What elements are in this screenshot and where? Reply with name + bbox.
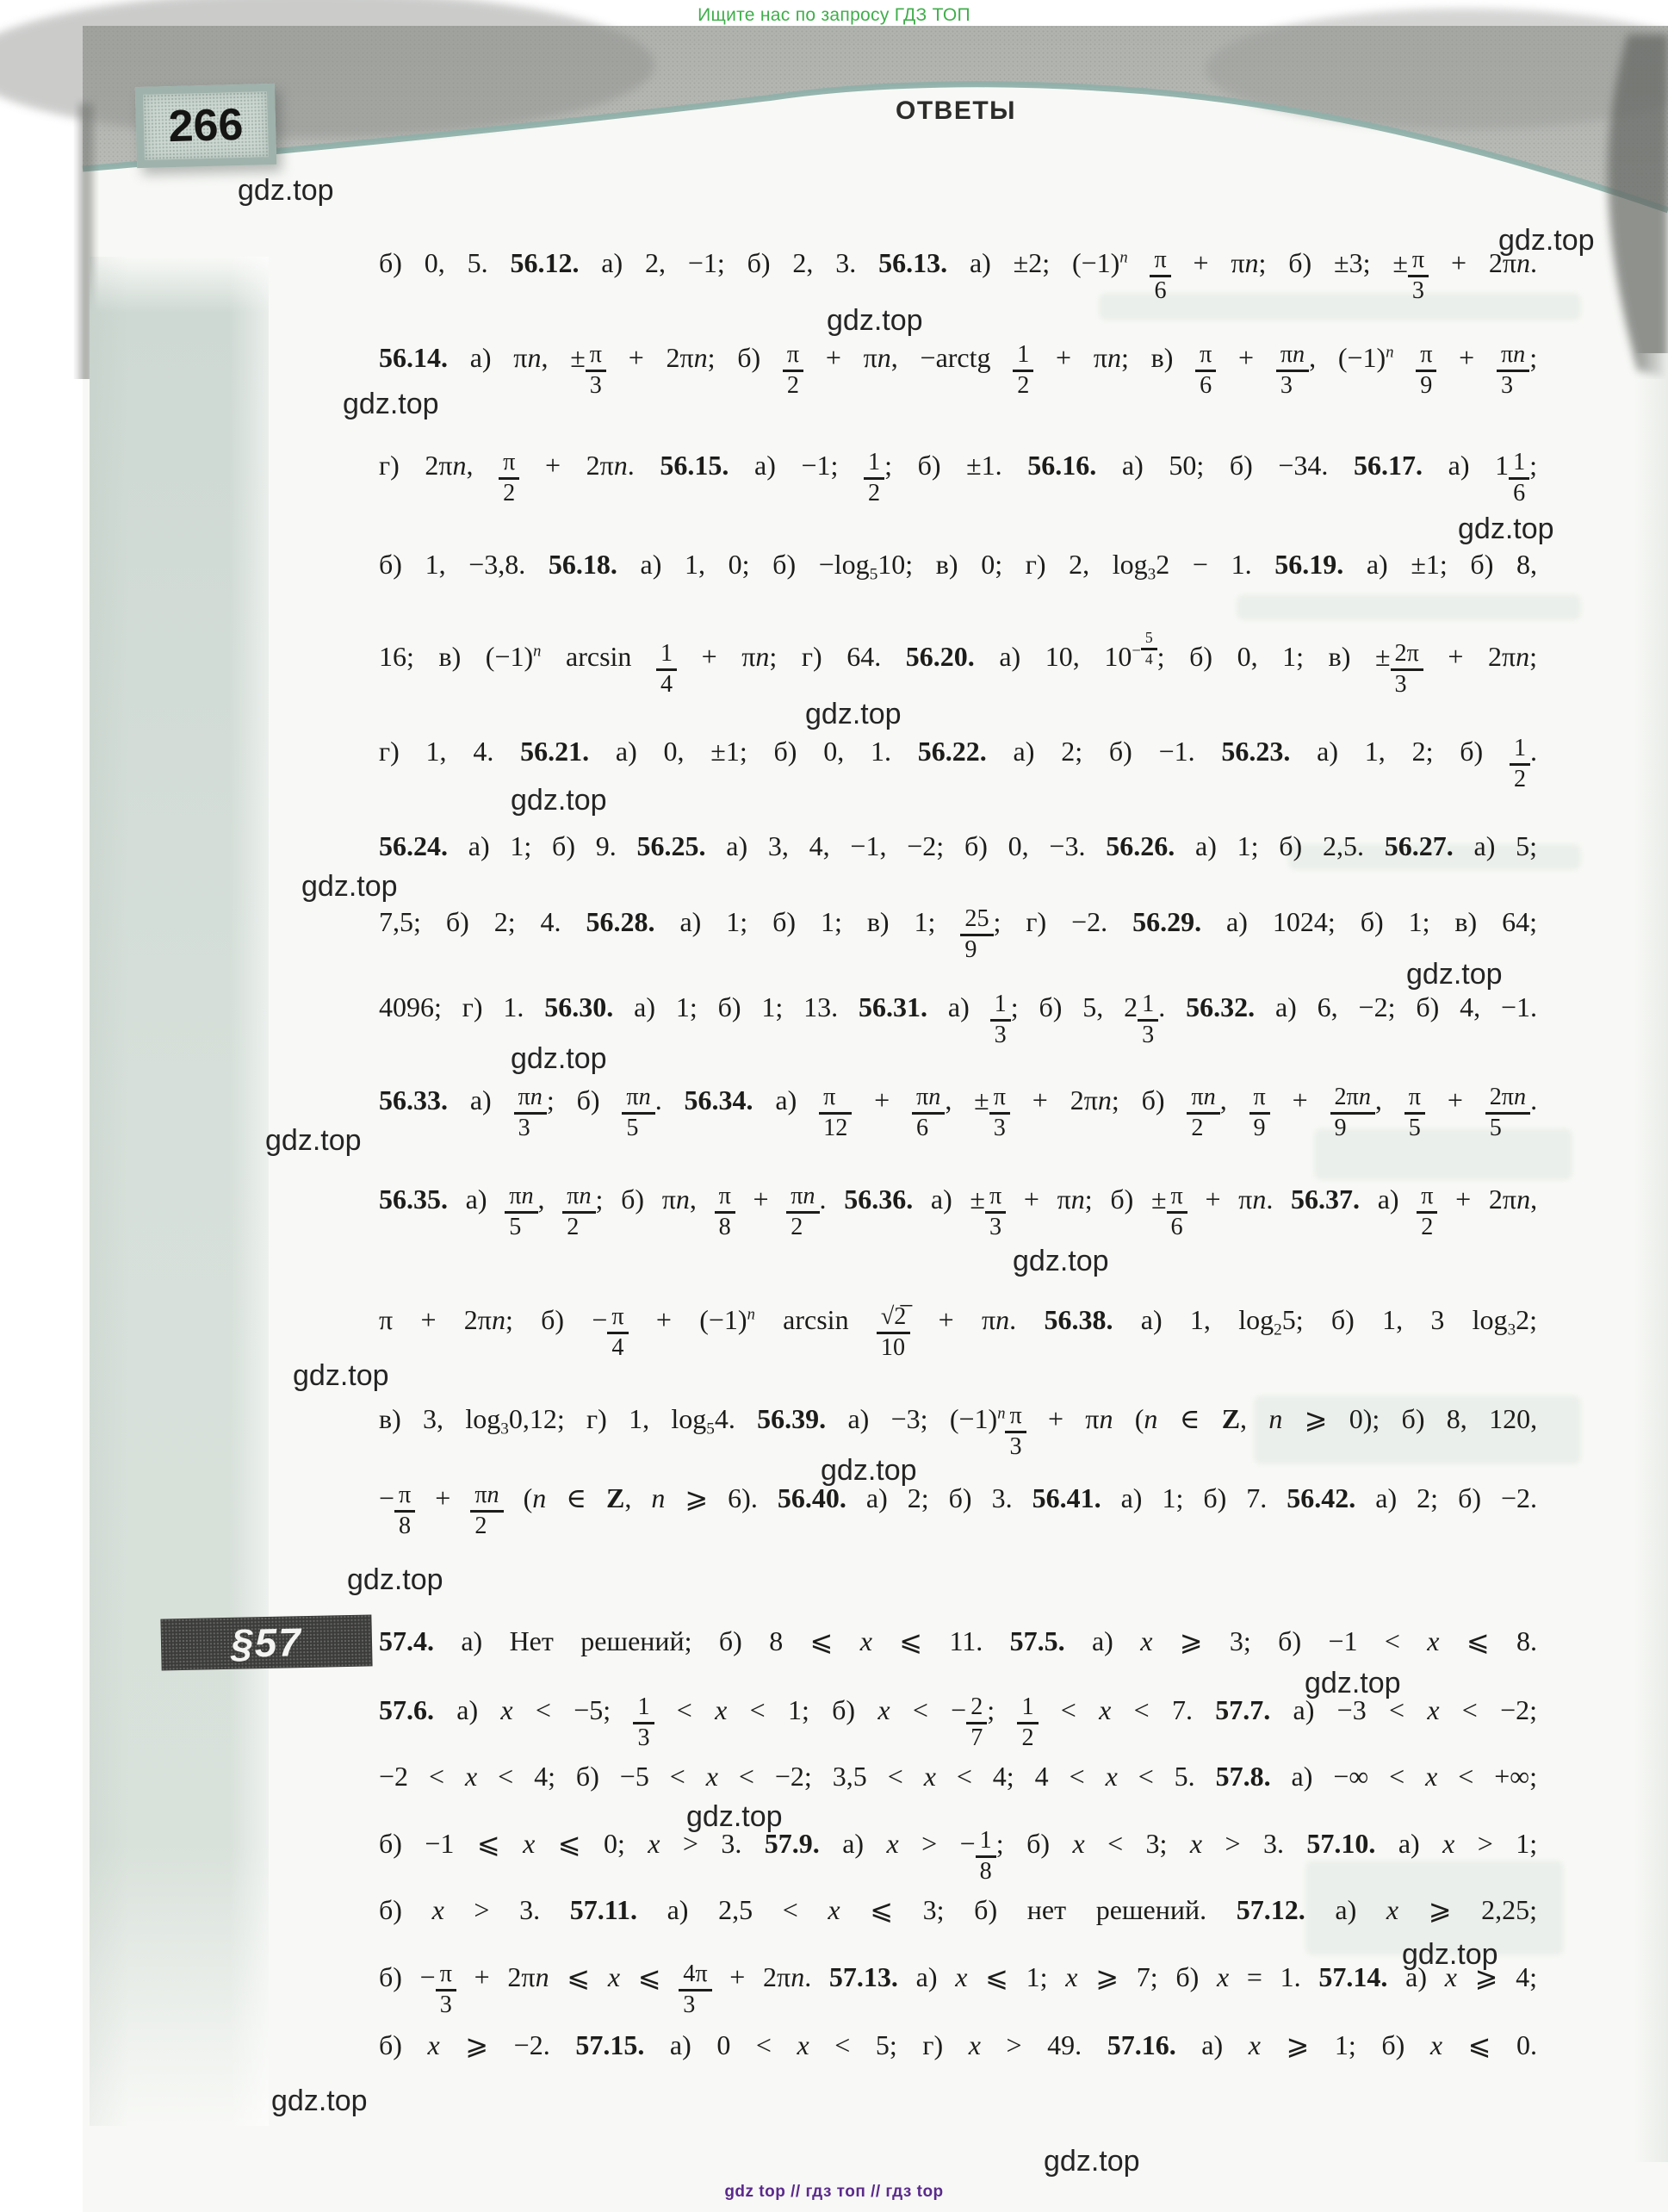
fraction: 13 <box>1138 992 1158 1047</box>
fraction: π2 <box>1417 1184 1437 1240</box>
gdz-watermark: gdz.top <box>1402 1938 1498 1972</box>
fraction: 2π3 <box>1391 642 1423 697</box>
fraction: 2πn5 <box>1485 1085 1530 1140</box>
answer-line: 7,5; б) 2; 4. 56.28. а) 1; б) 1; в) 1; 2… <box>379 904 1537 962</box>
answer-line: −2 < x < 4; б) −5 < x < −2; 3,5 < x < 4;… <box>379 1759 1537 1793</box>
fraction: π12 <box>819 1085 852 1140</box>
answer-line: 57.6. а) x < −5; 13 < x < 1; б) x < −27;… <box>379 1693 1537 1750</box>
bleed-through-artifact <box>1237 594 1581 620</box>
gdz-watermark: gdz.top <box>265 1124 362 1158</box>
fraction: 2πn9 <box>1330 1085 1375 1140</box>
answer-line: 16; в) (−1)n arcsin 14 + πn; г) 64. 56.2… <box>379 631 1537 697</box>
footer-watermark: gdz top // гдз топ // гдз top <box>0 2183 1668 2202</box>
fraction: π6 <box>1150 248 1170 303</box>
answer-line: 56.24. а) 1; б) 9. 56.25. а) 3, 4, −1, −… <box>379 829 1537 863</box>
page-right-edge <box>1634 353 1668 2162</box>
book-photo: 266 ОТВЕТЫ §57 б) 0, 5. 56.12. а) 2, −1;… <box>83 26 1668 2212</box>
page-margin-shading <box>90 257 269 2126</box>
answer-line: б) −1 ⩽ x ⩽ 0; x > 3. 57.9. а) x > −18; … <box>379 1826 1537 1884</box>
fraction: π9 <box>1416 343 1436 398</box>
answer-line: −π8 + πn2 (n ∈ Z, n ⩾ 6). 56.40. а) 2; б… <box>379 1481 1537 1538</box>
fraction: π3 <box>989 1085 1010 1140</box>
answer-line: б) x ⩾ −2. 57.15. а) 0 < x < 5; г) x > 4… <box>379 2028 1537 2062</box>
page-title: ОТВЕТЫ <box>896 96 1016 126</box>
fraction: 4π3 <box>679 1962 711 2017</box>
answer-line: 56.33. а) πn3; б) πn5. 56.34. а) π12 + π… <box>379 1083 1537 1140</box>
fraction: π3 <box>436 1962 456 2017</box>
answer-line: 4096; г) 1. 56.30. а) 1; б) 1; 13. 56.31… <box>379 990 1537 1047</box>
fraction: π9 <box>1249 1085 1270 1140</box>
right-page-curl-shadow <box>1608 34 1668 377</box>
answer-line: 56.14. а) πn, ±π3 + 2πn; б) π2 + πn, −ar… <box>379 340 1537 398</box>
section-label-text: §57 <box>231 1619 303 1667</box>
gdz-watermark: gdz.top <box>827 304 923 338</box>
page-number-box: 266 <box>135 84 276 168</box>
answer-line: б) 0, 5. 56.12. а) 2, −1; б) 2, 3. 56.13… <box>379 245 1537 303</box>
answer-line: б) x > 3. 57.11. а) 2,5 < x ⩽ 3; б) нет … <box>379 1892 1537 1927</box>
gdz-watermark: gdz.top <box>511 784 607 817</box>
gdz-watermark: gdz.top <box>1044 2145 1140 2178</box>
gdz-watermark: gdz.top <box>511 1042 607 1076</box>
fraction: π8 <box>715 1184 735 1240</box>
fraction: 12 <box>864 450 884 506</box>
fraction: π5 <box>1404 1085 1425 1140</box>
fraction: 13 <box>990 992 1011 1047</box>
answer-line: π + 2πn; б) −π4 + (−1)n arcsin √2̅10 + π… <box>379 1302 1537 1360</box>
fraction: 259 <box>960 907 993 962</box>
fraction: πn5 <box>505 1184 537 1240</box>
gdz-watermark: gdz.top <box>1013 1245 1109 1278</box>
gdz-watermark: gdz.top <box>238 174 334 208</box>
gdz-watermark: gdz.top <box>271 2085 368 2118</box>
gdz-watermark: gdz.top <box>293 1359 389 1393</box>
answer-line: б) 1, −3,8. 56.18. а) 1, 0; б) −log510; … <box>379 547 1537 581</box>
fraction: πn2 <box>562 1184 595 1240</box>
fraction: 13 <box>633 1695 654 1750</box>
fraction: π6 <box>1195 343 1216 398</box>
fraction: 12 <box>1013 343 1033 398</box>
fraction: π2 <box>783 343 803 398</box>
gdz-watermark: gdz.top <box>301 870 398 904</box>
page-number: 266 <box>168 99 244 152</box>
gdz-watermark: gdz.top <box>1305 1667 1401 1700</box>
fraction: π2 <box>499 450 519 506</box>
gdz-watermark: gdz.top <box>805 698 902 731</box>
gdz-watermark: gdz.top <box>1406 958 1503 991</box>
answer-line: г) 2πn, π2 + 2πn. 56.15. а) −1; 12; б) ±… <box>379 448 1537 506</box>
answer-line: 56.35. а) πn5, πn2; б) πn, π8 + πn2. 56.… <box>379 1182 1537 1240</box>
fraction: πn5 <box>622 1085 654 1140</box>
answer-line: 57.4. а) Нет решений; б) 8 ⩽ x ⩽ 11. 57.… <box>379 1624 1537 1658</box>
fraction: πn3 <box>514 1085 547 1140</box>
fraction: πn6 <box>912 1085 945 1140</box>
fraction: 54 <box>1141 631 1157 668</box>
fraction: 14 <box>656 642 677 697</box>
gdz-watermark: gdz.top <box>343 388 439 421</box>
fraction: 16 <box>1509 450 1529 506</box>
fraction: π3 <box>1408 248 1429 303</box>
fraction: π3 <box>1005 1404 1026 1459</box>
fraction: 18 <box>976 1829 996 1884</box>
fraction: πn2 <box>786 1184 819 1240</box>
fraction: 12 <box>1510 736 1530 792</box>
answer-line: в) 3, log30,12; г) 1, log54. 56.39. а) −… <box>379 1401 1537 1459</box>
fraction: πn2 <box>470 1483 503 1538</box>
fraction: πn3 <box>1276 343 1309 398</box>
gdz-watermark: gdz.top <box>686 1800 783 1834</box>
gdz-watermark: gdz.top <box>821 1454 917 1488</box>
fraction: 12 <box>1017 1695 1038 1750</box>
gdz-watermark: gdz.top <box>1458 513 1554 546</box>
fraction: √2̅10 <box>877 1305 911 1360</box>
fraction: π4 <box>607 1305 628 1360</box>
gdz-watermark: gdz.top <box>347 1563 443 1597</box>
section-57-label: §57 <box>160 1614 372 1670</box>
fraction: π6 <box>1167 1184 1187 1240</box>
fraction: πn3 <box>1497 343 1529 398</box>
answer-line: б) −π3 + 2πn ⩽ x ⩽ 4π3 + 2πn. 57.13. а) … <box>379 1960 1537 2017</box>
fraction: π8 <box>394 1483 415 1538</box>
fraction: 27 <box>966 1695 987 1750</box>
fraction: π3 <box>985 1184 1006 1240</box>
fraction: π3 <box>586 343 606 398</box>
fraction: πn2 <box>1187 1085 1219 1140</box>
gdz-watermark: gdz.top <box>1498 224 1595 258</box>
